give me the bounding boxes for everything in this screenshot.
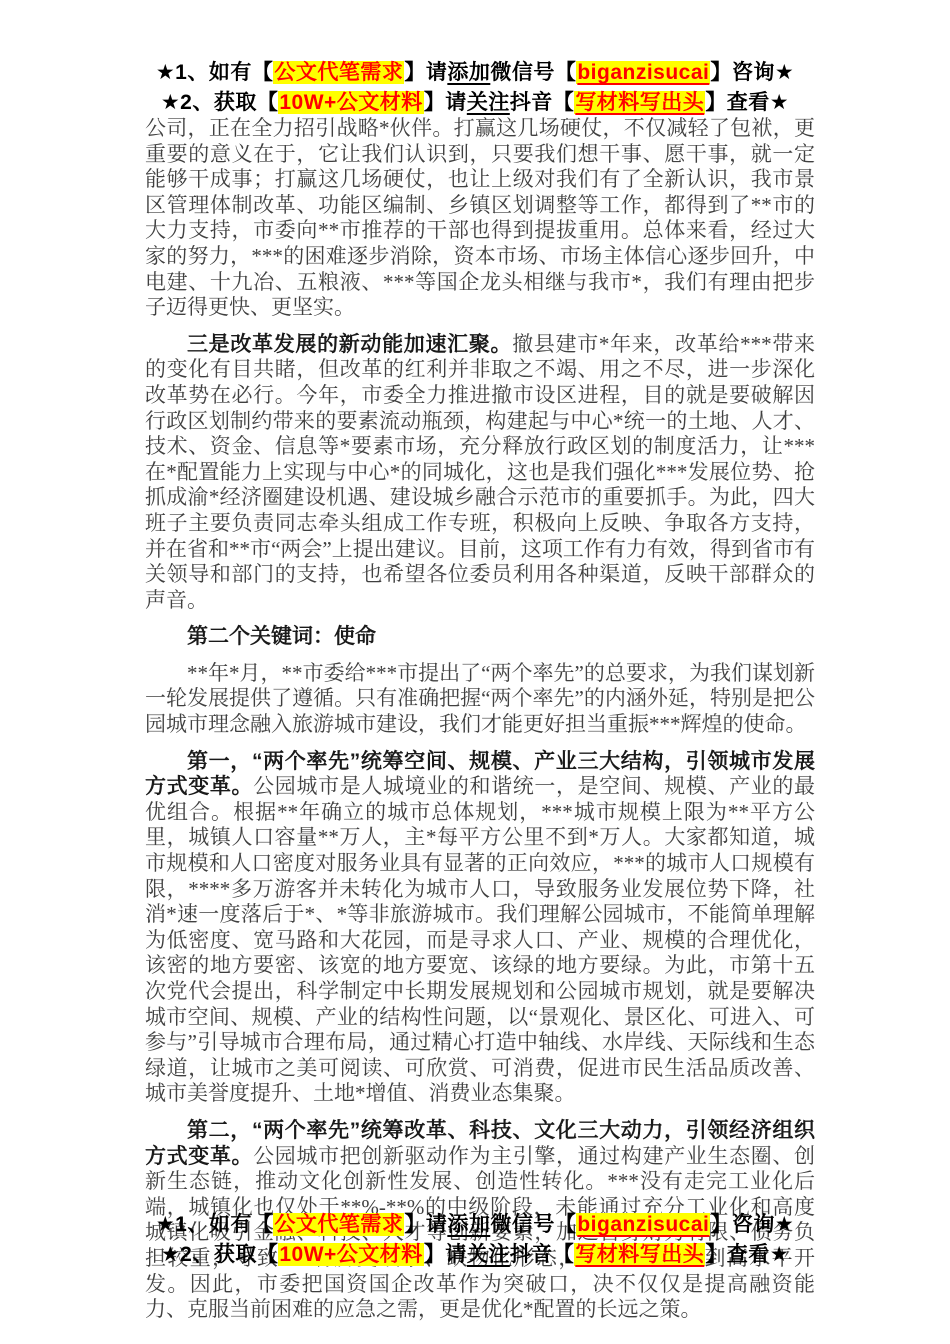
promo-text: 】查看★ <box>705 91 789 114</box>
promo-banner-top: ★1、如有【公文代笔需求】请添加微信号【biganzisucai】咨询★★2、获… <box>0 58 950 118</box>
promo-underlined-text: 关注 <box>467 1243 510 1266</box>
promo-text: 】请 <box>424 91 467 114</box>
promo-highlighted-text: biganzisucai <box>576 61 710 84</box>
promo-text: ★1、如有【 <box>156 61 274 84</box>
promo-text: 】查看★ <box>705 1243 789 1266</box>
promo-text: 】请 <box>404 1213 447 1236</box>
promo-text: 微信号【 <box>490 1213 576 1236</box>
promo-text: 】请 <box>424 1243 467 1266</box>
promo-highlighted-text: 写材料写出头 <box>574 1243 705 1266</box>
promo-text: 抖音【 <box>510 91 575 114</box>
promo-notice-line: ★1、如有【公文代笔需求】请添加微信号【biganzisucai】咨询★ <box>0 1210 950 1240</box>
promo-notice-line: ★2、获取【10W+公文材料】请关注抖音【写材料写出头】查看★ <box>0 1240 950 1270</box>
section-heading: 第二个关键词：使命 <box>145 624 815 650</box>
promo-highlighted-text: 10W+公文材料 <box>278 91 423 114</box>
promo-underlined-text: 添加 <box>447 61 490 84</box>
promo-banner-bottom: ★1、如有【公文代笔需求】请添加微信号【biganzisucai】咨询★★2、获… <box>0 1210 950 1270</box>
document-page: ★1、如有【公文代笔需求】请添加微信号【biganzisucai】咨询★★2、获… <box>0 0 950 1344</box>
promo-text: 微信号【 <box>490 61 576 84</box>
paragraph-text: 公园城市是人城境业的和谐统一，是空间、规模、产业的最优组合。根据**年确立的城市… <box>145 774 815 1105</box>
body-paragraph: 公司，正在全力招引战略*伙伴。打赢这几场硬仗，不仅减轻了包袱，更重要的意义在于，… <box>145 116 815 321</box>
promo-notice-line: ★2、获取【10W+公文材料】请关注抖音【写材料写出头】查看★ <box>0 88 950 118</box>
promo-highlighted-text: biganzisucai <box>576 1213 710 1236</box>
promo-text: 】请 <box>404 61 447 84</box>
promo-underlined-text: 添加 <box>447 1213 490 1236</box>
promo-text: 抖音【 <box>510 1243 575 1266</box>
promo-text: 】咨询★ <box>710 1213 794 1236</box>
document-body: 公司，正在全力招引战略*伙伴。打赢这几场硬仗，不仅减轻了包袱，更重要的意义在于，… <box>145 116 815 1323</box>
promo-text: ★2、获取【 <box>161 1243 279 1266</box>
promo-highlighted-text: 公文代笔需求 <box>273 61 404 84</box>
promo-notice-line: ★1、如有【公文代笔需求】请添加微信号【biganzisucai】咨询★ <box>0 58 950 88</box>
promo-underlined-text: 关注 <box>467 91 510 114</box>
promo-text: ★1、如有【 <box>156 1213 274 1236</box>
body-paragraph: 第一，“两个率先”统筹空间、规模、产业三大结构，引领城市发展方式变革。公园城市是… <box>145 749 815 1107</box>
promo-highlighted-text: 公文代笔需求 <box>273 1213 404 1236</box>
promo-highlighted-text: 写材料写出头 <box>574 91 705 114</box>
paragraph-lead-bold: 三是改革发展的新动能加速汇聚。 <box>187 333 512 356</box>
promo-text: 】咨询★ <box>710 61 794 84</box>
paragraph-text: 公司，正在全力招引战略*伙伴。打赢这几场硬仗，不仅减轻了包袱，更重要的意义在于，… <box>145 116 815 319</box>
paragraph-text: **年*月，**市委给***市提出了“两个率先”的总要求，为我们谋划新一轮发展提… <box>145 661 815 736</box>
paragraph-text: 撤县建市*年来，改革给***带来的变化有目共睹，但改革的红利并非取之不竭、用之不… <box>145 332 815 612</box>
promo-highlighted-text: 10W+公文材料 <box>278 1243 423 1266</box>
body-paragraph: 三是改革发展的新动能加速汇聚。撤县建市*年来，改革给***带来的变化有目共睹，但… <box>145 332 815 614</box>
promo-text: ★2、获取【 <box>161 91 279 114</box>
body-paragraph: **年*月，**市委给***市提出了“两个率先”的总要求，为我们谋划新一轮发展提… <box>145 661 815 738</box>
